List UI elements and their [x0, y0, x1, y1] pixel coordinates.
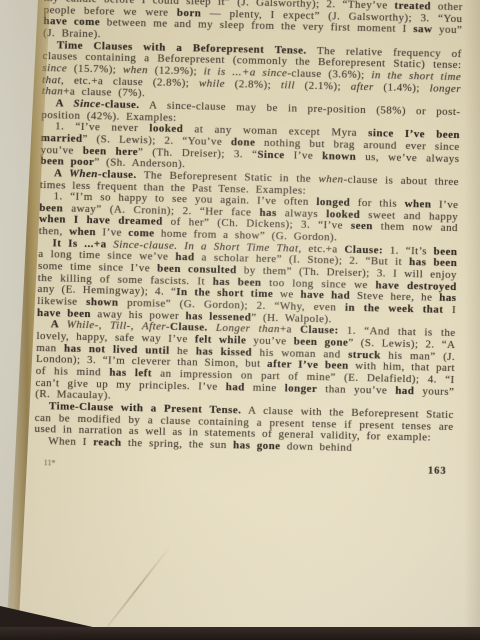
- page-footer: 11* 163: [34, 456, 453, 477]
- book-photo: my candle before I could sleep it” (J. G…: [0, 0, 480, 640]
- page-right-edge-shadow: [464, 0, 480, 640]
- book-page: my candle before I could sleep it” (J. G…: [0, 0, 480, 640]
- paragraph: It Is ...+a Since-clause. In a Short Tim…: [37, 238, 458, 329]
- paragraph: A While-, Till-, After-Clause. Longer th…: [35, 319, 456, 410]
- page-crease: [102, 545, 171, 633]
- page-number: 163: [428, 465, 447, 477]
- signature-mark: 11*: [44, 457, 56, 469]
- paragraph: Time Clauses with a Beforepresent Tense.…: [42, 40, 462, 107]
- table-surface: [0, 627, 480, 640]
- text-block: my candle before I could sleep it” (J. G…: [34, 0, 463, 477]
